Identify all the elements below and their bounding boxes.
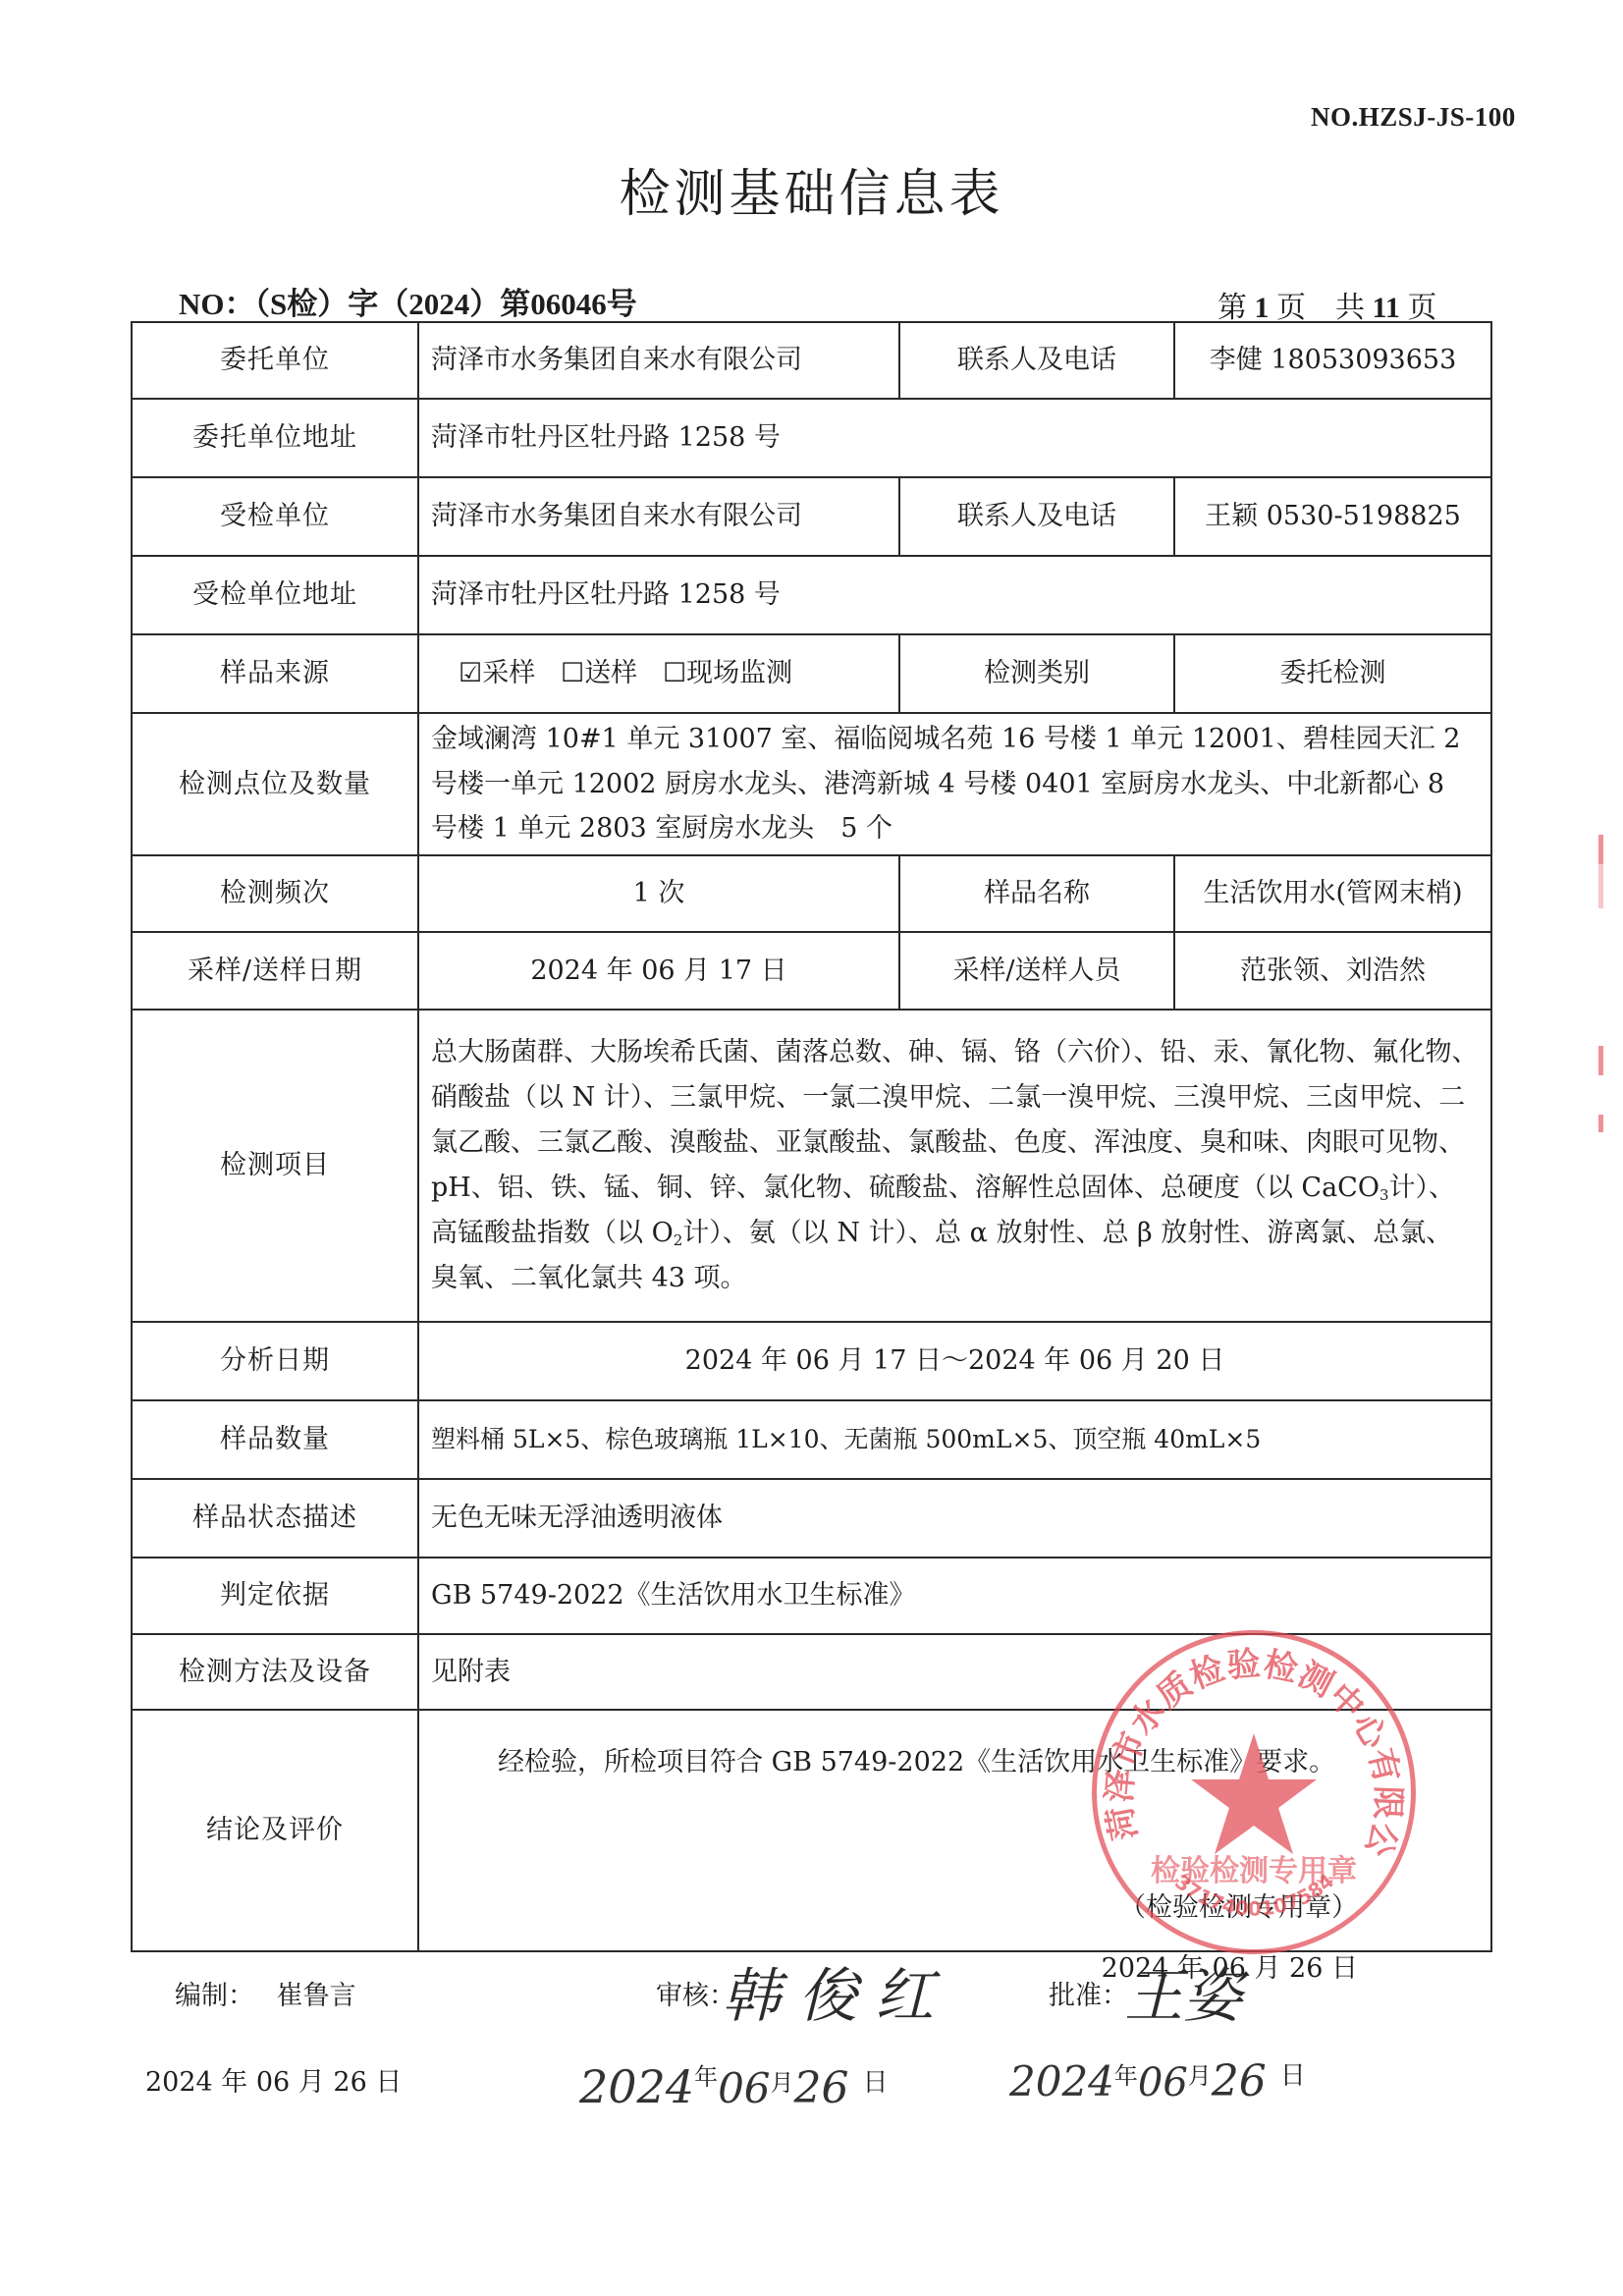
conclusion-seal-label: （检验检测专用章） (1119, 1886, 1358, 1931)
sample-state-label: 样品状态描述 (132, 1479, 418, 1558)
page-total: 11 (1373, 292, 1400, 324)
row-method: 检测方法及设备 见附表 (132, 1634, 1491, 1710)
basis-label: 判定依据 (132, 1558, 418, 1634)
test-category-label: 检测类别 (899, 634, 1174, 713)
method-value: 见附表 (418, 1634, 1491, 1710)
conclusion-text: 经检验，所检项目符合 GB 5749-2022《生活饮用水卫生标准》要求。 (498, 1740, 1335, 1785)
row-items: 检测项目 总大肠菌群、大肠埃希氏菌、菌落总数、砷、镉、铬（六价）、铅、汞、氰化物… (132, 1010, 1491, 1322)
reviewed-signature: 韩俊红 (722, 1949, 951, 2034)
inspected-address-value: 菏泽市牡丹区牡丹路 1258 号 (418, 556, 1491, 634)
items-text-1: 总大肠菌群、大肠埃希氏菌、菌落总数、砷、镉、铬（六价）、铅、汞、氰化物、氟化物、… (431, 1037, 1479, 1203)
inspected-value: 菏泽市水务集团自来水有限公司 (418, 477, 899, 556)
reviewed-date: 2024年06月26日 (579, 2057, 889, 2136)
row-conclusion: 结论及评价 经检验，所检项目符合 GB 5749-2022《生活饮用水卫生标准》… (132, 1710, 1491, 1951)
items-sub-1: 3 (1380, 1186, 1389, 1204)
inspected-label: 受检单位 (132, 477, 418, 556)
row-sample-state: 样品状态描述 无色无味无浮油透明液体 (132, 1479, 1491, 1558)
info-table: 委托单位 菏泽市水务集团自来水有限公司 联系人及电话 李健 1805309365… (131, 321, 1492, 1952)
client-label: 委托单位 (132, 322, 418, 399)
analysis-date-value: 2024 年 06 月 17 日～2024 年 06 月 20 日 (418, 1322, 1491, 1400)
inspected-address-label: 受检单位地址 (132, 556, 418, 634)
option-onsite-label: 现场监测 (686, 658, 792, 688)
sampler-value: 范张领、刘浩然 (1174, 932, 1491, 1010)
prepared-label: 编制： (175, 1981, 254, 2011)
reviewed-date-day: 26 (794, 2063, 849, 2113)
conclusion-label: 结论及评价 (132, 1710, 418, 1951)
reviewed-date-year-unit: 年 (694, 2063, 718, 2091)
reviewed-date-day-unit: 日 (863, 2068, 889, 2098)
client-address-label: 委托单位地址 (132, 399, 418, 477)
sampler-label: 采样/送样人员 (899, 932, 1174, 1010)
client-value: 菏泽市水务集团自来水有限公司 (418, 322, 899, 399)
edge-seal-mark (1598, 835, 1603, 864)
edge-seal-mark (1598, 864, 1603, 908)
edge-seal-mark (1598, 1046, 1603, 1075)
sample-source-label: 样品来源 (132, 634, 418, 713)
inspected-contact-label: 联系人及电话 (899, 477, 1174, 556)
option-delivered-label: 送样 (584, 658, 637, 688)
reviewed-date-year: 2024 (579, 2060, 694, 2113)
points-label: 检测点位及数量 (132, 713, 418, 855)
sample-source-options: ☑采样 ☐送样 ☐现场监测 (418, 634, 899, 713)
row-analysis-date: 分析日期 2024 年 06 月 17 日～2024 年 06 月 20 日 (132, 1322, 1491, 1400)
items-label: 检测项目 (132, 1010, 418, 1322)
method-label: 检测方法及设备 (132, 1634, 418, 1710)
test-category-value: 委托检测 (1174, 634, 1491, 713)
sample-name-value: 生活饮用水(管网末梢) (1174, 855, 1491, 932)
row-sample-source: 样品来源 ☑采样 ☐送样 ☐现场监测 检测类别 委托检测 (132, 634, 1491, 713)
prepared-name: 崔鲁言 (277, 1981, 356, 2011)
sample-name-label: 样品名称 (899, 855, 1174, 932)
checkbox-delivered[interactable]: ☐ (561, 658, 584, 688)
approved-date-year: 2024 (1009, 2057, 1114, 2105)
row-sampling: 采样/送样日期 2024 年 06 月 17 日 采样/送样人员 范张领、刘浩然 (132, 932, 1491, 1010)
checkbox-sampling[interactable]: ☑ (459, 658, 482, 688)
row-client: 委托单位 菏泽市水务集团自来水有限公司 联系人及电话 李健 1805309365… (132, 322, 1491, 399)
page-title: 检测基础信息表 (0, 152, 1623, 226)
frequency-label: 检测频次 (132, 855, 418, 932)
approved-signature: 王姿 (1124, 1949, 1242, 2034)
approved-date-day-unit: 日 (1280, 2061, 1306, 2091)
page-indicator: 第 1 页 共 11 页 (1217, 283, 1436, 326)
row-client-address: 委托单位地址 菏泽市牡丹区牡丹路 1258 号 (132, 399, 1491, 477)
row-inspected-address: 受检单位地址 菏泽市牡丹区牡丹路 1258 号 (132, 556, 1491, 634)
checkbox-onsite[interactable]: ☐ (663, 658, 686, 688)
row-points: 检测点位及数量 金域澜湾 10#1 单元 31007 室、福临阅城名苑 16 号… (132, 713, 1491, 855)
sampling-date-value: 2024 年 06 月 17 日 (418, 932, 899, 1010)
document-code: NO.HZSJ-JS-100 (1311, 102, 1516, 133)
items-value: 总大肠菌群、大肠埃希氏菌、菌落总数、砷、镉、铬（六价）、铅、汞、氰化物、氟化物、… (418, 1010, 1491, 1322)
edge-seal-mark (1598, 1115, 1603, 1132)
page-mid: 页 共 (1276, 292, 1365, 324)
approved-label: 批准： (1049, 1974, 1128, 2012)
conclusion-cell: 经检验，所检项目符合 GB 5749-2022《生活饮用水卫生标准》要求。 （检… (418, 1710, 1491, 1951)
approved-date-month-unit: 月 (1188, 2062, 1212, 2090)
prepared-date: 2024 年 06 月 26 日 (145, 2060, 402, 2099)
points-value: 金域澜湾 10#1 单元 31007 室、福临阅城名苑 16 号楼 1 单元 1… (418, 713, 1491, 855)
approved-date-day: 26 (1212, 2056, 1267, 2106)
reviewed-date-month-unit: 月 (771, 2069, 794, 2097)
row-sample-quantity: 样品数量 塑料桶 5L×5、棕色玻璃瓶 1L×10、无菌瓶 500mL×5、顶空… (132, 1400, 1491, 1479)
sample-state-value: 无色无味无浮油透明液体 (418, 1479, 1491, 1558)
option-sampling-label: 采样 (482, 658, 535, 688)
analysis-date-label: 分析日期 (132, 1322, 418, 1400)
page-prefix: 第 (1217, 292, 1247, 324)
row-inspected: 受检单位 菏泽市水务集团自来水有限公司 联系人及电话 王颖 0530-51988… (132, 477, 1491, 556)
sample-quantity-value: 塑料桶 5L×5、棕色玻璃瓶 1L×10、无菌瓶 500mL×5、顶空瓶 40m… (418, 1400, 1491, 1479)
client-contact-label: 联系人及电话 (899, 322, 1174, 399)
reviewed-date-month: 06 (718, 2064, 770, 2112)
client-contact-value: 李健 18053093653 (1174, 322, 1491, 399)
sample-quantity-label: 样品数量 (132, 1400, 418, 1479)
basis-value: GB 5749-2022《生活饮用水卫生标准》 (418, 1558, 1491, 1634)
approved-date-year-unit: 年 (1114, 2062, 1138, 2090)
client-address-value: 菏泽市牡丹区牡丹路 1258 号 (418, 399, 1491, 477)
sampling-date-label: 采样/送样日期 (132, 932, 418, 1010)
report-number: NO：（S检）字（2024）第06046号 (179, 279, 637, 323)
frequency-value: 1 次 (418, 855, 899, 932)
inspected-contact-value: 王颖 0530-5198825 (1174, 477, 1491, 556)
page-current: 1 (1255, 292, 1270, 324)
approved-date: 2024年06月26日 (1009, 2055, 1306, 2134)
row-basis: 判定依据 GB 5749-2022《生活饮用水卫生标准》 (132, 1558, 1491, 1634)
items-sub-2: 2 (674, 1231, 683, 1249)
row-frequency: 检测频次 1 次 样品名称 生活饮用水(管网末梢) (132, 855, 1491, 932)
approved-date-month: 06 (1138, 2060, 1188, 2105)
prepared-by: 编制： 崔鲁言 (175, 1974, 356, 2012)
page-suffix: 页 (1407, 292, 1436, 324)
